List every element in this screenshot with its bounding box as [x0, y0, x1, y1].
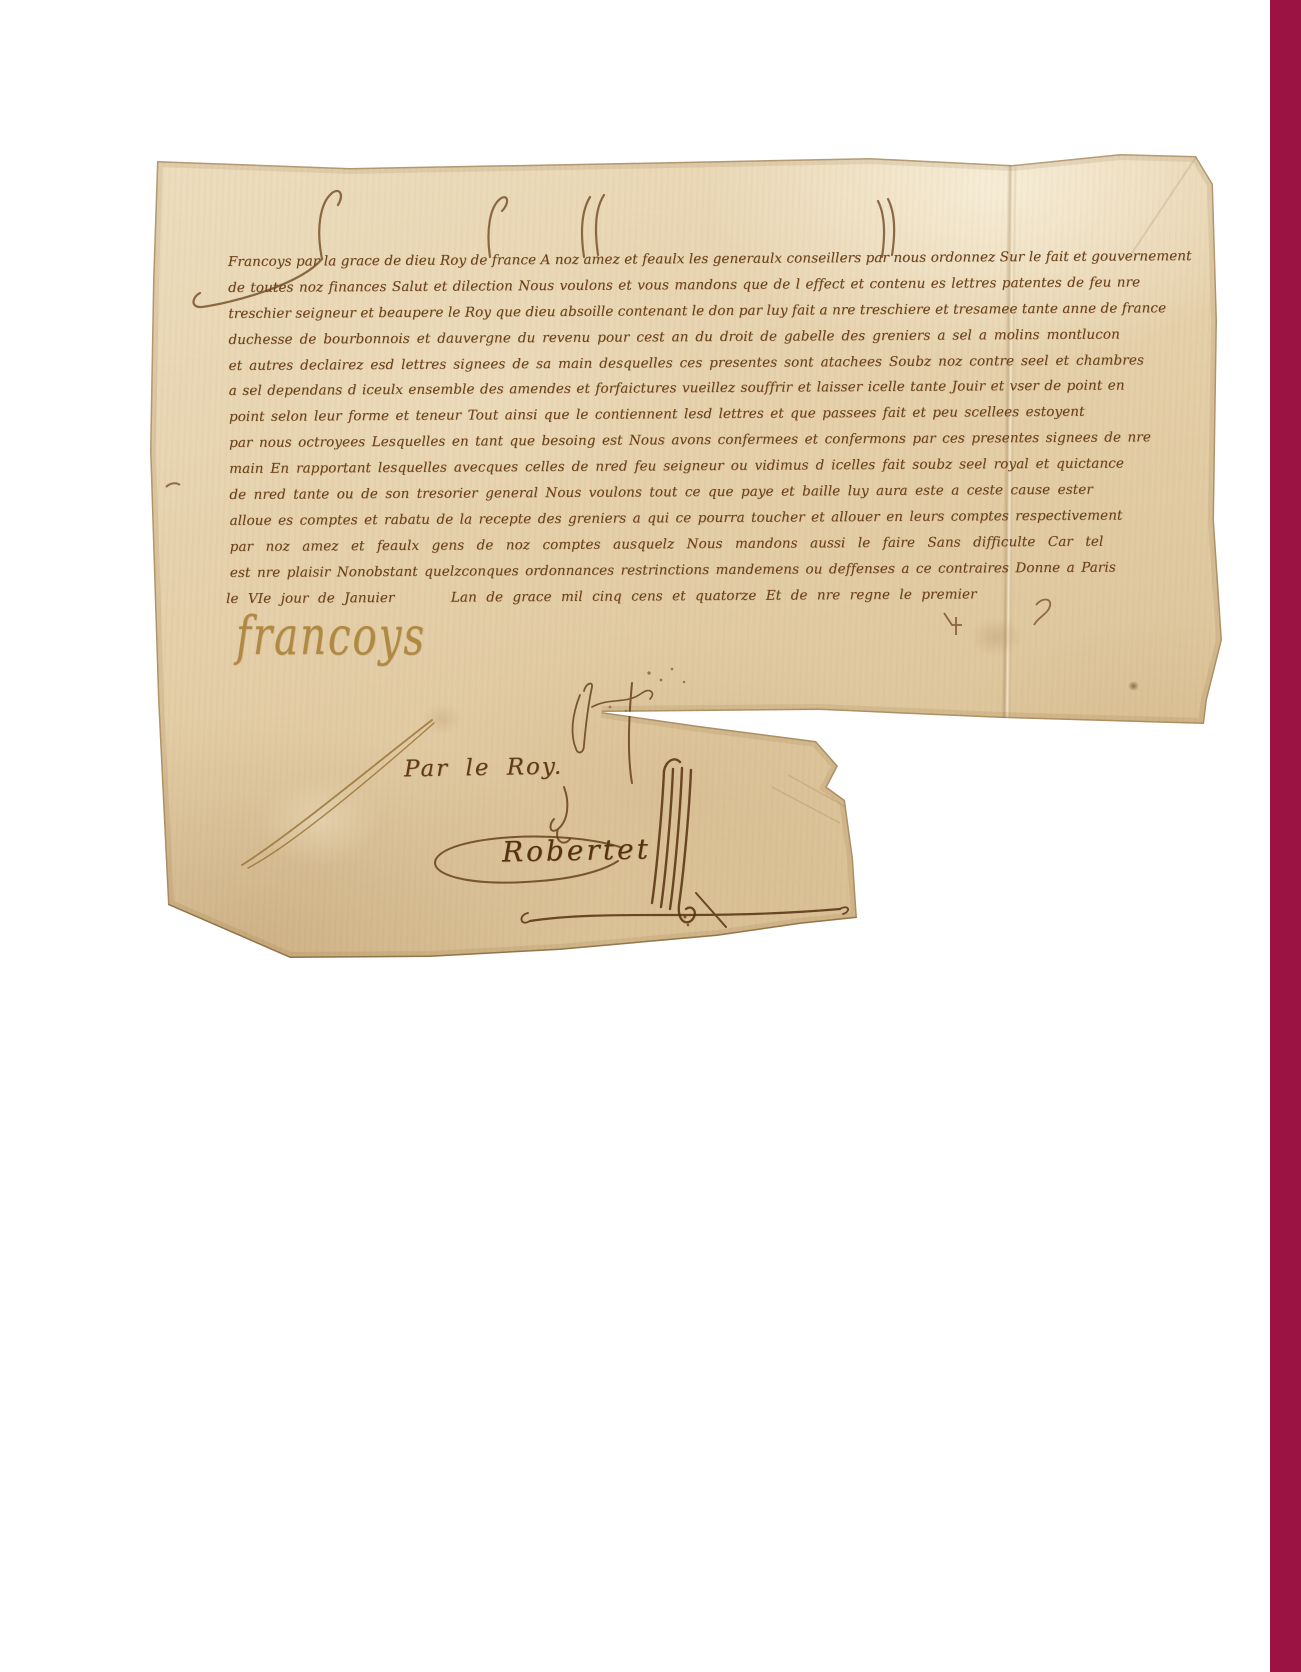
king-signature: francoys	[236, 605, 426, 668]
manuscript-line: par noz amez et feaulx gens de noz compt…	[230, 533, 1104, 556]
manuscript-line: point selon leur forme et teneur Tout ai…	[229, 403, 1085, 426]
manuscript-line: treschier seigneur et beaupere le Roy qu…	[228, 299, 1166, 323]
manuscript-text-block: Francoys par la grace de dieu Roy de fra…	[139, 129, 1244, 976]
manuscript-line: duchesse de bourbonnois et dauvergne du …	[228, 326, 1120, 349]
manuscript-line: par nous octroyees Lesquelles en tant qu…	[229, 428, 1151, 452]
manuscript-line: est nre plaisir Nonobstant quelzconques …	[230, 559, 1116, 582]
manuscript-line: de toutes noz finances Salut et dilectio…	[228, 273, 1140, 297]
manuscript-line: main En rapportant lesquelles avecques c…	[229, 455, 1124, 478]
manuscript-line: Francoys par la grace de dieu Roy de fra…	[228, 247, 1192, 271]
manuscript-line: alloue es comptes et rabatu de la recept…	[230, 507, 1123, 530]
parchment-document: Francoys par la grace de dieu Roy de fra…	[140, 135, 1240, 975]
page: Francoys par la grace de dieu Roy de fra…	[0, 0, 1301, 1672]
subscription-par-le-roy: Par le Roy.	[404, 754, 564, 783]
manuscript-line: de nred tante ou de son tresorier genera…	[229, 481, 1093, 504]
manuscript-line: et autres declairez esd lettres signees …	[229, 351, 1144, 375]
manuscript-line: a sel dependans d iceulx ensemble des am…	[229, 377, 1125, 400]
secretary-signature: Robertet	[502, 833, 652, 868]
accent-bar	[1270, 0, 1301, 1672]
